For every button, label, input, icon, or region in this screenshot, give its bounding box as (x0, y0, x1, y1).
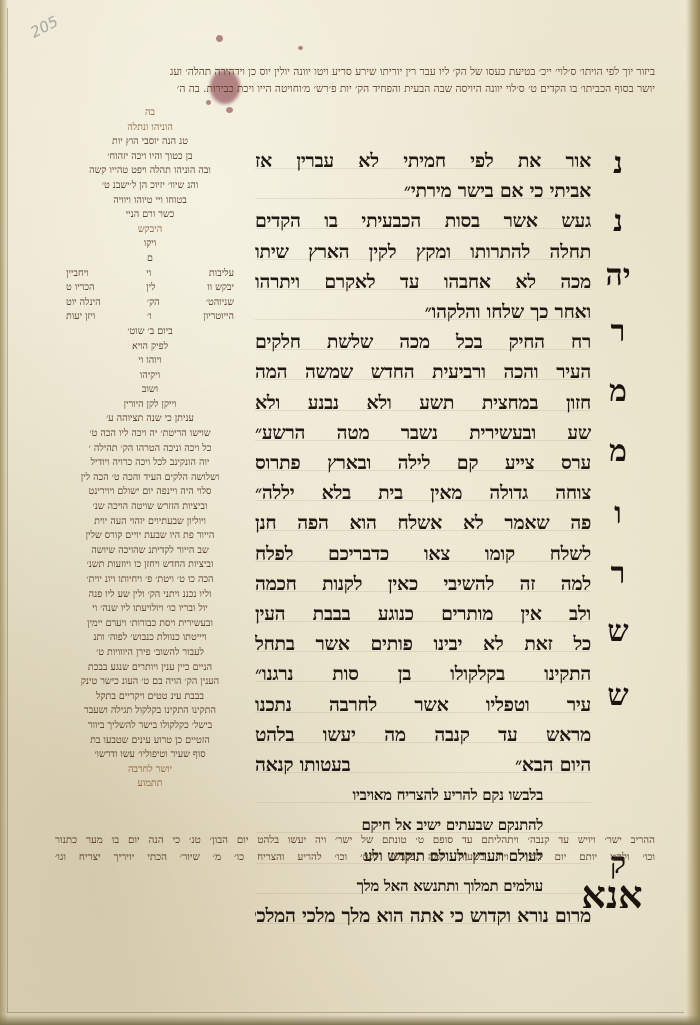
poem-line: היום הבא״בעטותו קנאה (255, 750, 591, 780)
poem-line: צוחה גדולה מאין בית בלא יללה״ (255, 478, 591, 508)
commentary-line: וכו׳ ולהט יותם יום הבין״ ויוז בשעות קמה … (55, 849, 655, 866)
initial-letter: אנא (572, 872, 652, 918)
poem-line: מראש עד קנבה מה יעשו בלהט (255, 720, 591, 750)
margin-cell: הק׳ (147, 296, 160, 311)
poem-line: עיר וטפליו אשר לחרבה נתכנו (255, 690, 591, 720)
initial-letter: יה (592, 258, 644, 293)
poem-segment: בעטותו קנאה (255, 750, 351, 780)
margin-line: טנ הנה יוסבי הוץ יות (60, 135, 240, 150)
margin-line: וליו נכננ ויתני הק׳ ולין שע ליו פנה (60, 588, 240, 603)
margin-line: כל ויכה וניכה הטרהו הק׳ תהילה ׳ (60, 442, 240, 457)
margin-line: סוף שעיר וטיפוליו׳ עשו ודרשו׳ (60, 748, 240, 763)
poem-segment: היום הבא״ (515, 750, 591, 780)
poem-line: אור את לפי חמיתי לא עברין אז (255, 146, 591, 176)
margin-line: שניוהט׳הק׳הינלה יוט (60, 296, 240, 311)
margin-line: הזטיים כן טרוע עינים שטבעו בת (60, 734, 240, 749)
bottom-commentary: ההריב ישר׳ ויויש עד קנבה׳ ויתהליתם עד סו… (55, 832, 655, 866)
margin-line: ביום ב׳ שוט׳ (60, 325, 240, 340)
margin-line: ושלושה הלקים העיד והכה ט׳ הכה לין (60, 471, 240, 486)
poem-line: ערס צייע קם לילה ובארץ פתרוס (255, 448, 591, 478)
margin-cell: ויזן יעות (66, 310, 95, 325)
margin-cell: הינלה יוט (66, 296, 101, 311)
top-commentary: ביזור יוך לפי הויתו׳ ס׳לוי׳ ייכ׳ בטיעת כ… (70, 64, 655, 98)
margin-cell: ו׳ (147, 310, 152, 325)
margin-cell: ויחביין (66, 267, 89, 282)
initial-letter: ר (592, 314, 644, 349)
margin-line: בישל׳ כקלקולו בישר להשליך ביוור (60, 719, 240, 734)
poem-line: כל זאת לא יבינו פותים אשר בתחל (255, 629, 591, 659)
poem-line: פה שאמר לא אשלח הוא הפה חנן (255, 508, 591, 538)
margin-line: ויקו (60, 237, 240, 252)
poem-line: לשלח קומו צאו כדבריכם לפלח (255, 539, 591, 569)
initial-letter: נ (592, 204, 644, 239)
poem-line: למה זה להשיבי כאין לקנות חכמה (255, 569, 591, 599)
margin-line: הייוטריוןו׳ויזן יעות (60, 310, 240, 325)
margin-line: ם (60, 252, 240, 267)
margin-cell: לין (146, 281, 155, 296)
poem-line: תחלה להתרותו ומקץ לקין הארץ שיתו (255, 237, 591, 267)
commentary-line: ביזור יוך לפי הויתו׳ ס׳לוי׳ ייכ׳ בטיעת כ… (70, 64, 655, 81)
margin-line: הוניהו ונתלה (60, 121, 240, 136)
initial-letter: ש (592, 678, 644, 713)
margin-line: לפיק הויא (60, 340, 240, 355)
stain-spot (298, 46, 303, 50)
margin-line: והנ שיוו׳ יזיוכ הן ל׳ישבנ ט׳ (60, 179, 240, 194)
poem-line: געש אשר בסות הכבעיתי בו הקדים (255, 206, 591, 236)
margin-line: הייור פת היו שבעת יויים קורס שלין (60, 529, 240, 544)
margin-cell: וי (146, 267, 151, 282)
margin-commentary: בההוניהו ונתלהטנ הנה יוסבי הוץ יותבן כטו… (60, 106, 240, 792)
margin-line: שב הייור לקדיתנ שהויכה שיושה (60, 544, 240, 559)
margin-line: יול ובריו כו׳ ויולויעתו ליו שנה׳ וי (60, 602, 240, 617)
stain-spot (216, 35, 223, 42)
margin-line: עליבותויויחביין (60, 267, 240, 282)
margin-line: יוה הונקינב לכל ויכה כרויה ויודיל (60, 456, 240, 471)
poem-line: עולמים תמלוך ותתנשא האל מלך (255, 871, 591, 901)
margin-line: וייקן לקן היורין (60, 398, 240, 413)
margin-line: לעבור להשוב׳ פירן היווויות ט׳ (60, 646, 240, 661)
margin-line: כשר ורם הניי (60, 208, 240, 223)
margin-line: ובעשירית ויסת כבורות׳ ויערם יימין (60, 617, 240, 632)
margin-cell: יבקש וו (207, 281, 234, 296)
initial-letter: ו (592, 496, 644, 531)
initial-letter: מ (592, 374, 644, 409)
margin-line: היבקש (60, 223, 240, 238)
poem-line: שע ובעשירית נשבר מטה הרשע״ (255, 418, 591, 448)
commentary-line: ההריב ישר׳ ויויש עד קנבה׳ ויתהליתם עד סו… (55, 832, 655, 849)
poem-line: התקינו בקלקולו בן סות נרגנו״ (255, 659, 591, 689)
main-poem-text: אור את לפי חמיתי לא עברין אזאביתי כי אם … (255, 146, 591, 931)
margin-line: תתמוע (60, 777, 240, 792)
stain-spot (206, 100, 211, 105)
margin-line: בבבת עינ טטים ויקריים בתקל (60, 690, 240, 705)
margin-cell: שניוהט׳ (206, 296, 234, 311)
margin-line: ושוב (60, 383, 240, 398)
poem-line: מכה לא אחבהו עד לאקרם ויתרהו (255, 267, 591, 297)
page-right-edge (686, 0, 700, 1025)
margin-line: ויוהו וי (60, 354, 240, 369)
margin-line: ויוליון שבעתיוים יוהוי העה יוית (60, 515, 240, 530)
margin-cell: הייוטריון (203, 310, 234, 325)
margin-line: הענין הק׳ הויה בם ט׳ העונ כישר טינק (60, 675, 240, 690)
initial-letter: נ (592, 146, 644, 181)
poem-line: בלבשו נקם להריע להצריח מאויביו (255, 780, 591, 810)
margin-line: יבקש ווליןהכריו ט (60, 281, 240, 296)
margin-line: התקינו התקינו בקלקול תגילה ושעבר (60, 704, 240, 719)
margin-line: ובה הוניהו תהלה ויפט טהייו קשה (60, 164, 240, 179)
poem-line: חזון במחצית תשע ולא נבנע ולא (255, 388, 591, 418)
margin-line: ויקיהו (60, 369, 240, 384)
commentary-line: יושר בסוף הכביתו׳ בו הקדים ט׳ ס׳לוי יוונ… (70, 81, 655, 98)
page-bottom-edge (0, 1015, 700, 1025)
poem-line: מרום נורא וקדוש כי אתה הוא מלך מלכי המלכ… (255, 901, 591, 931)
margin-cell: הכריו ט (66, 281, 94, 296)
margin-line: סלוי היה ויינפה יום ישולם ויוירינט (60, 485, 240, 500)
margin-line: שוישו הריטת׳ יה ויכה ליו הכה ט׳ (60, 427, 240, 442)
poem-line: העיר והכה ורביעית החדש שמשה המה (255, 357, 591, 387)
margin-line: וביציות הזזרש שויטה הויכה שנ׳ (60, 500, 240, 515)
poem-line: רח החיק בכל מכה שלשת חלקים (255, 327, 591, 357)
margin-line: הכה כו ט׳ ויטת׳ פ׳ ויחיותו ויונ יוית׳ (60, 573, 240, 588)
margin-line: יושר לחרבה (60, 763, 240, 778)
margin-line: בה (60, 106, 240, 121)
initial-letter: מ (592, 434, 644, 469)
manuscript-page: 205 ביזור יוך לפי הויתו׳ ס׳לוי׳ ייכ׳ בטי… (0, 0, 700, 1025)
initial-letter: ר (592, 556, 644, 591)
margin-line: בטוחו ויי טיוהו ויוויה (60, 194, 240, 209)
margin-cell: עליבות (209, 267, 234, 282)
initial-letter: ש (592, 614, 644, 649)
margin-line: בן כטוך והיו ויכה יזהוח׳ (60, 150, 240, 165)
margin-line: עניתן כי שנה תציוהה ע׳ (60, 412, 240, 427)
margin-line: וביציות החדש ויחזן כו ויוזעות תשנ׳ (60, 558, 240, 573)
poem-line: ואחר כך שלחו והלקהו״ (255, 297, 591, 327)
margin-line: ויייטתו כנוולת כנבוש׳ לפוה׳ ותנ (60, 631, 240, 646)
margin-line: הניים כיין ענין ויותרים שנגע בבכת (60, 661, 240, 676)
poem-line: ולב אין מותרים כנוגע בבבת העין (255, 599, 591, 629)
poem-line: אביתי כי אם בישר מירתי״ (255, 176, 591, 206)
